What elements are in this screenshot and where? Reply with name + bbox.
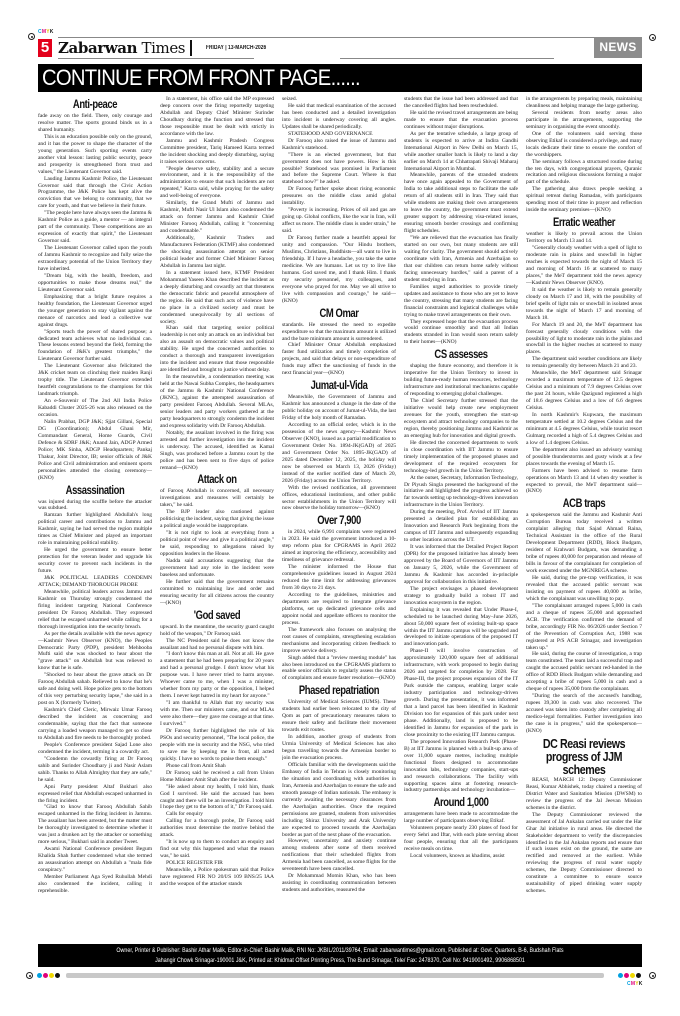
article-paragraph: "Poverty is increasing. Prices of oil an… (282, 207, 396, 235)
masthead: 5 Zabarwan Times FRIDAY | 13-MARCH-2026 (38, 38, 302, 58)
article-paragraph: The Lieutenant Governor called upon the … (38, 245, 152, 273)
brand-bold: Zabarwan (58, 39, 137, 57)
registration-mark-bottom-right (649, 972, 656, 979)
magenta-dot (43, 973, 48, 978)
article-paragraph: J&K POLITICAL LEADERS CONDEMN ATTACK; DE… (38, 575, 152, 589)
article-paragraph: He said, during the course of investigat… (526, 651, 642, 693)
article-paragraph: "People deserve safety, stability and a … (160, 166, 274, 201)
article-paragraph: Notably, the assailant involved in the f… (160, 430, 274, 472)
article-paragraph: Chief Minister Omar Abdullah emphasized … (282, 342, 396, 377)
article-paragraph: Apni Party president Altaf Bukhari also … (38, 784, 152, 805)
article-paragraph: Awami National Conference president Begu… (38, 846, 152, 874)
article-headline: Over 7,900 (292, 514, 385, 528)
article-paragraph: In addition, another group of students f… (282, 734, 396, 762)
article-headline: DC Reasi reviews progress of JJM schemes (536, 737, 631, 776)
article-paragraph: In a statement, his office said the MP e… (160, 96, 274, 138)
imprint-footer: Owner, Printer & Publisher: Bashir Athar… (38, 944, 642, 967)
article-paragraph: Dr Farooq further highlighted the role o… (160, 728, 274, 763)
article-paragraph: At the outset, Secretary, Information Te… (404, 475, 518, 510)
article-paragraph: Meanwhile, political leaders across Jamm… (38, 589, 152, 631)
article-paragraph: Dr Farooq also raised the issue of Jammu… (282, 138, 396, 152)
article-paragraph: Lauding Jammu Kashmir Police, the Lieute… (38, 176, 152, 211)
dateline: FRIDAY | 13-MARCH-2026 (206, 45, 266, 51)
article-paragraph: Dr Farooq said he received a call from U… (160, 770, 274, 784)
yellow-dot (49, 973, 54, 978)
registration-mark-bottom-left (26, 972, 33, 979)
gray-bar (66, 973, 604, 978)
article-paragraph: He urged the government to ensure better… (38, 547, 152, 575)
article-paragraph: upward. In the meantime, the security gu… (160, 624, 274, 638)
imprint-line-2: Jahangir Chowk Srinagar-190001 J&K, Prin… (80, 956, 599, 965)
article-paragraph: Families urged authorities to provide ti… (404, 284, 518, 319)
article-headline: Around 1,000 (414, 796, 507, 810)
article-paragraph: He said that medical examination of the … (282, 103, 396, 131)
cyan-dot (618, 973, 623, 978)
article-paragraph: Dr Farooq further spoke about rising eco… (282, 186, 396, 207)
newspaper-name: Zabarwan Times (58, 39, 185, 57)
article-headline: Erratic weather (536, 216, 631, 230)
masthead-divider (190, 40, 192, 56)
article-paragraph: Explaining it was revealed that Under Ph… (404, 607, 518, 649)
color-bar-left (37, 973, 60, 978)
article-paragraph: of Farooq Abdullah is concerned, all nec… (160, 488, 274, 509)
article-paragraph: However, uncertainty and anxiety continu… (282, 838, 396, 873)
registration-mark-top-left (28, 33, 35, 40)
magenta-dot (624, 973, 629, 978)
article-paragraph: Member Parliament Aga Syed Ruhullah Mehd… (38, 874, 152, 895)
article-paragraph: University of Medical Sciences (IUMS). T… (282, 699, 396, 734)
registration-mark-top-right (649, 34, 656, 41)
article-paragraph: Additionally, Kashmir Traders and Manufa… (160, 235, 274, 270)
masthead-bottom-rule (58, 58, 254, 59)
masthead-bottom-rule-right (340, 58, 554, 59)
cmyk-k: K (50, 29, 54, 35)
article-paragraph: "Dream big, with the health, freedom, an… (38, 273, 152, 294)
article-paragraph: He directed the concerned departments to… (404, 440, 518, 475)
article-paragraph: In a statement issued here, KTMF Preside… (160, 270, 274, 326)
article-paragraph: in the arrangements by preparing meals, … (526, 96, 642, 110)
article-paragraph: Volunteers prepare nearly 230 plates of … (404, 825, 518, 853)
article-paragraph: Farmers have been advised to resume farm… (526, 468, 642, 496)
continuation-banner: CONTINUE FROM FRONT PAGE...... (38, 64, 642, 92)
article-paragraph: One of the volunteers said serving those… (526, 131, 642, 159)
article-paragraph: For March 19 and 20, the MeT department … (526, 322, 642, 357)
article-paragraph: standards. He stressed the need to exped… (282, 322, 396, 343)
imprint-line-1: Owner, Printer & Publisher: Bashir Athar… (80, 946, 599, 955)
column-3: seized.He said that medical examination … (282, 96, 396, 944)
article-paragraph: students that the issue had been address… (404, 96, 518, 110)
article-paragraph: Meanwhile, the MeT department said Srina… (526, 370, 642, 412)
article-paragraph: arrangements have been made to accommoda… (404, 811, 518, 825)
cmyk-label-bottom: CMYK (627, 981, 643, 987)
article-paragraph: It was informed that the Detailed Projec… (404, 544, 518, 586)
article-headline: CS assesses (414, 348, 507, 362)
article-paragraph: "Generally cloudy weather with a spell o… (526, 245, 642, 287)
article-paragraph: Meanwhile, the Government of Jammu and K… (282, 394, 396, 422)
article-paragraph: "Shocked to hear about the grave attack … (38, 672, 152, 707)
article-paragraph: "The complainant arranged rupees 5,000 i… (526, 603, 642, 652)
article-paragraph: During the meeting, Prof. Arvind of IIT … (404, 509, 518, 544)
article-paragraph: An e-Souvenir of The 2nd All India Polic… (38, 398, 152, 419)
brand-regular: Times (137, 39, 185, 57)
article-paragraph: He further said that the government rema… (160, 579, 274, 607)
article-headline: Anti-peace (48, 98, 141, 112)
article-paragraph: According to the guidelines, ministries … (282, 592, 396, 627)
article-paragraph: This is an education possible only on th… (38, 134, 152, 176)
article-paragraph: Singh added that a "review meeting modul… (282, 655, 396, 683)
article-paragraph: in 2024, while 6,991 complaints were reg… (282, 529, 396, 564)
article-paragraph: STATEHOOD AND GOVERNANCE (282, 131, 396, 138)
article-paragraph: The project envisages a phased developme… (404, 586, 518, 607)
column-5: in the arrangements by preparing meals, … (526, 96, 642, 944)
article-paragraph: He said, during the pre-trap verificatio… (526, 575, 642, 603)
article-headline: Jumat-ul-Vida (292, 379, 385, 393)
article-paragraph: "During the search of the accused's hand… (526, 693, 642, 735)
article-paragraph: In the meanwhile, a condemnation meeting… (160, 374, 274, 430)
article-paragraph: The department also issued an advisory w… (526, 447, 642, 468)
article-paragraph: "He asked about my health, I told him, t… (160, 784, 274, 812)
article-paragraph: In north Kashmir's Kupwara, the maximum … (526, 412, 642, 447)
article-headline: Phased repatriation (292, 684, 385, 698)
article-paragraph: The department said weather conditions a… (526, 356, 642, 370)
article-paragraph: Nalin Prabhat, DGP J&K; Sjjat Gillani, S… (38, 419, 152, 482)
article-paragraph: fade away on the field. There, only cour… (38, 113, 152, 134)
article-paragraph: Dr Mohammad Momin Khan, who has been ass… (282, 873, 396, 894)
article-paragraph: "The people here have always seen the Ja… (38, 210, 152, 245)
article-paragraph: With the revised notification, all gover… (282, 485, 396, 513)
column-4: students that the issue had been address… (404, 96, 518, 944)
article-paragraph: POLICE REGISTER FIR (160, 860, 274, 867)
article-paragraph: Meanwhile, parents of the stranded stude… (404, 172, 518, 235)
banner-title: CONTINUE FROM FRONT PAGE...... (42, 65, 360, 91)
article-headline: ACB traps (536, 497, 631, 511)
article-paragraph: a spokesperson said the Jammu and Kashmi… (526, 512, 642, 575)
article-paragraph: The gathering also draws people seeking … (526, 186, 642, 214)
yellow-dot (630, 973, 635, 978)
article-headline: CM Omar (292, 307, 385, 321)
article-paragraph: "Glad to know that Farooq Abdullah Sahib… (38, 804, 152, 846)
article-paragraph: "It is now up to them to conduct an enqu… (160, 839, 274, 860)
article-paragraph: It said the weather is likely to remain … (526, 287, 642, 322)
article-paragraph: The framework also focuses on analysing … (282, 627, 396, 655)
article-paragraph: REASI, MARCH 12: Deputy Commissioner Rea… (526, 777, 642, 812)
article-paragraph: They expressed hope that the evacuation … (404, 319, 518, 347)
section-tag-news: NEWS (594, 37, 642, 58)
black-dot (55, 973, 60, 978)
article-paragraph: "Condemn the cowardly firing at Dr Faroo… (38, 756, 152, 784)
article-paragraph: weather is likely to prevail across the … (526, 231, 642, 245)
article-headline: Assassination (48, 484, 141, 498)
article-paragraph: seized. (282, 96, 396, 103)
article-paragraph: The Deputy Commissioner reviewed the ass… (526, 812, 642, 895)
article-paragraph: Jammu and Kashmir Pradesh Congress Commi… (160, 138, 274, 166)
article-paragraph: Several residents from nearby areas also… (526, 110, 642, 131)
color-bar-right (618, 973, 641, 978)
article-paragraph: Khan said that targeting senior politica… (160, 325, 274, 374)
article-paragraph: The NC President said he does not know t… (160, 638, 274, 652)
column-1: Anti-peacefade away on the field. There,… (38, 96, 152, 944)
article-paragraph: Local volunteers, known as khadims, assi… (404, 853, 518, 860)
column-2: In a statement, his office said the MP e… (160, 96, 274, 944)
cyan-dot (37, 973, 42, 978)
cmyk-label-top: CMYK (38, 29, 54, 35)
article-paragraph: "I don't know this man at all. Not at al… (160, 651, 274, 700)
article-paragraph: Nadda said accusations suggesting that t… (160, 558, 274, 579)
article-columns: Anti-peacefade away on the field. There,… (38, 96, 642, 944)
article-paragraph: "It is not right to look at everything f… (160, 530, 274, 558)
article-paragraph: Ramzan further highlighted Abdullah's lo… (38, 512, 152, 547)
article-paragraph: The minister informed the House that com… (282, 564, 396, 592)
article-paragraph: Emphasizing that a bright future require… (38, 294, 152, 329)
cmyk-k: K (639, 981, 643, 987)
article-paragraph: "I am thankful to Allah that my security… (160, 700, 274, 728)
article-paragraph: As per the tentative schedule, a large g… (404, 131, 518, 173)
article-paragraph: "There is an elected government, but tha… (282, 152, 396, 187)
article-paragraph: People's Conference president Sajad Lone… (38, 742, 152, 756)
article-paragraph: shaping the future economy, and therefor… (404, 363, 518, 398)
article-paragraph: "Sports teach the power of shared purpos… (38, 329, 152, 364)
article-headline: Attack on (170, 473, 263, 487)
article-paragraph: He said the revised travel arrangements … (404, 110, 518, 131)
article-paragraph: Kashmir's Chief Cleric, Mirwaiz Umar Far… (38, 707, 152, 742)
article-paragraph: The BJP leader also cautioned against po… (160, 509, 274, 530)
article-paragraph: Phone call from Amit Shah (160, 763, 274, 770)
article-paragraph: Calling for a thorough probe, Dr Farooq … (160, 818, 274, 839)
article-paragraph: "We are relieved that the evacuation has… (404, 235, 518, 284)
article-paragraph: Phase-II will involve construction of ap… (404, 648, 518, 738)
article-paragraph: The Lieutenant Governor also felicitated… (38, 363, 152, 398)
page-number: 5 (38, 39, 52, 57)
article-paragraph: According to an official order, which is… (282, 422, 396, 485)
article-paragraph: Dr Farooq further made a heartfelt appea… (282, 235, 396, 305)
article-paragraph: Similarly, the Grand Mufti of Jammu and … (160, 200, 274, 235)
article-paragraph: As per the details available with the ne… (38, 631, 152, 673)
article-paragraph: Officials familiar with the developments… (282, 762, 396, 838)
article-paragraph: was injured during the scuffle before th… (38, 499, 152, 513)
article-paragraph: The Chief Secretary further stressed tha… (404, 398, 518, 440)
article-headline: 'God saved (170, 609, 263, 623)
article-paragraph: Meanwhile, a Police spokesman said that … (160, 867, 274, 888)
article-paragraph: The proposed Innovation Research Park (P… (404, 739, 518, 795)
masthead-top-rule-right (370, 37, 594, 38)
black-dot (636, 973, 641, 978)
article-paragraph: The seminary follows a structured routin… (526, 159, 642, 187)
